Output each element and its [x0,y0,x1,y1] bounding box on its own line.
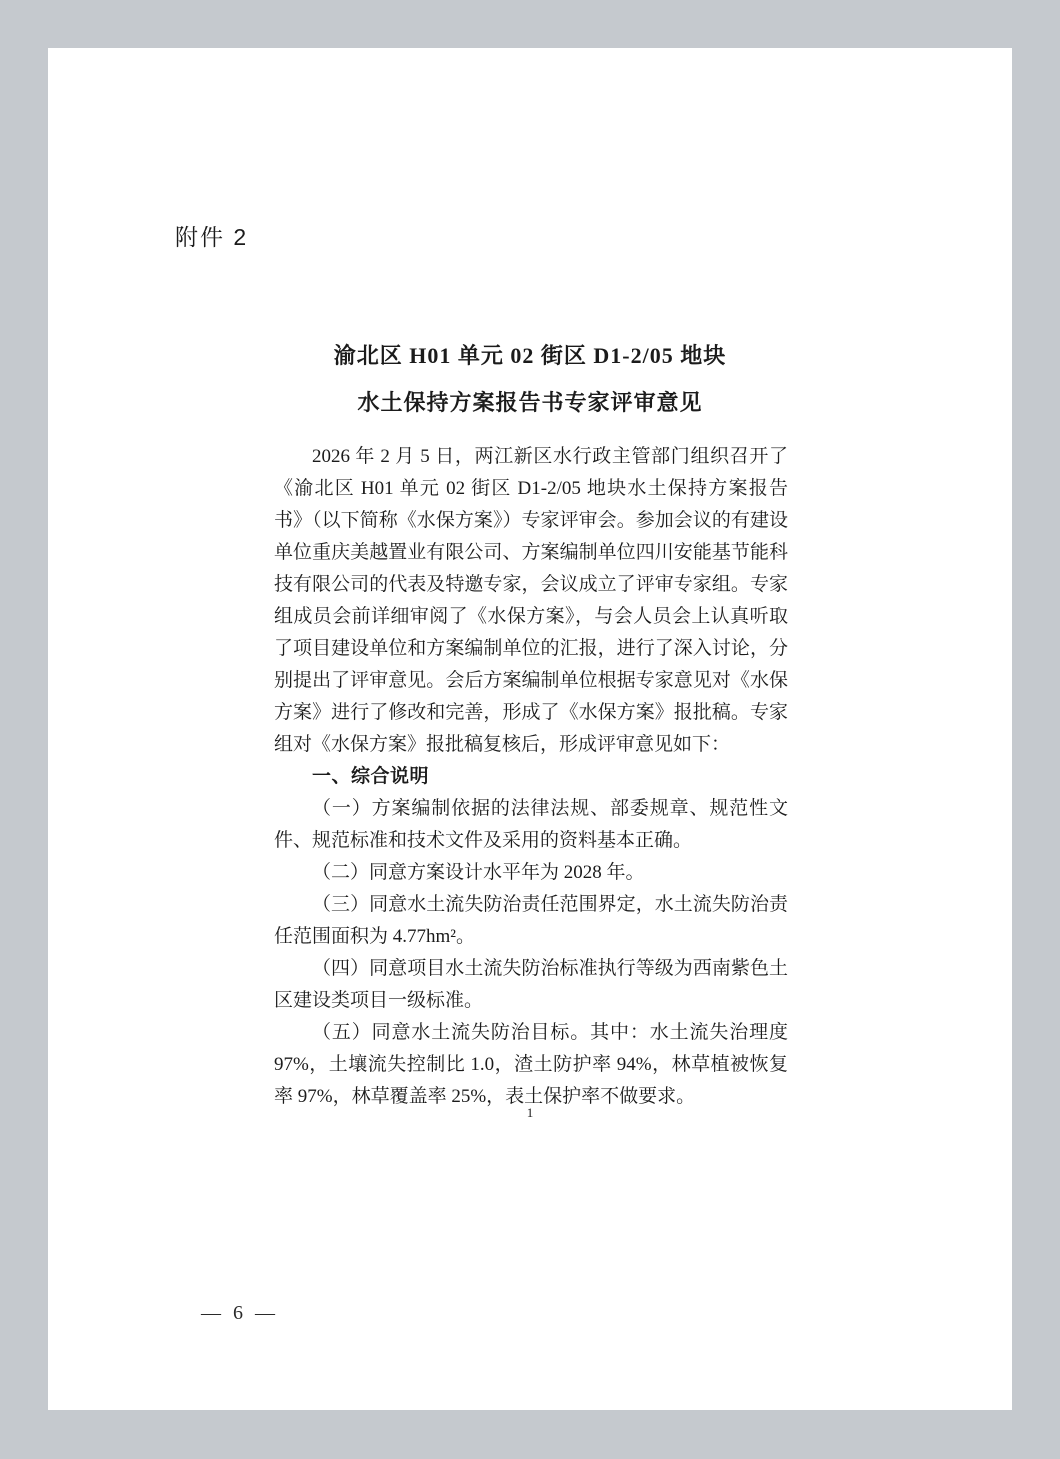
opinion-paragraph-2: （二）同意方案设计水平年为 2028 年。 [274,857,788,889]
opinion-paragraph-3: （三）同意水土流失防治责任范围界定，水土流失防治责任范围面积为 4.77hm²。 [274,889,788,953]
document-body: 2026 年 2 月 5 日，两江新区水行政主管部门组织召开了《渝北区 H01 … [274,441,788,1113]
document-title-line-2: 水土保持方案报告书专家评审意见 [48,392,1012,414]
document-viewer-background: 附件 2 渝北区 H01 单元 02 街区 D1-2/05 地块 水土保持方案报… [0,0,1060,1459]
document-title-line-1: 渝北区 H01 单元 02 街区 D1-2/05 地块 [48,345,1012,367]
intro-paragraph: 2026 年 2 月 5 日，两江新区水行政主管部门组织召开了《渝北区 H01 … [274,441,788,761]
opinion-paragraph-1: （一）方案编制依据的法律法规、部委规章、规范性文件、规范标准和技术文件及采用的资… [274,793,788,857]
section-heading-general-notes: 一、综合说明 [274,761,788,793]
attachment-label: 附件 2 [175,226,248,249]
opinion-paragraph-4: （四）同意项目水土流失防治标准执行等级为西南紫色土区建设类项目一级标准。 [274,953,788,1017]
opinion-paragraph-5: （五）同意水土流失防治目标。其中：水土流失治理度 97%，土壤流失控制比 1.0… [274,1017,788,1113]
inner-page-number: 1 [48,1106,1012,1119]
footer-page-number: — 6 — [201,1303,275,1323]
document-page: 附件 2 渝北区 H01 单元 02 街区 D1-2/05 地块 水土保持方案报… [48,48,1012,1410]
